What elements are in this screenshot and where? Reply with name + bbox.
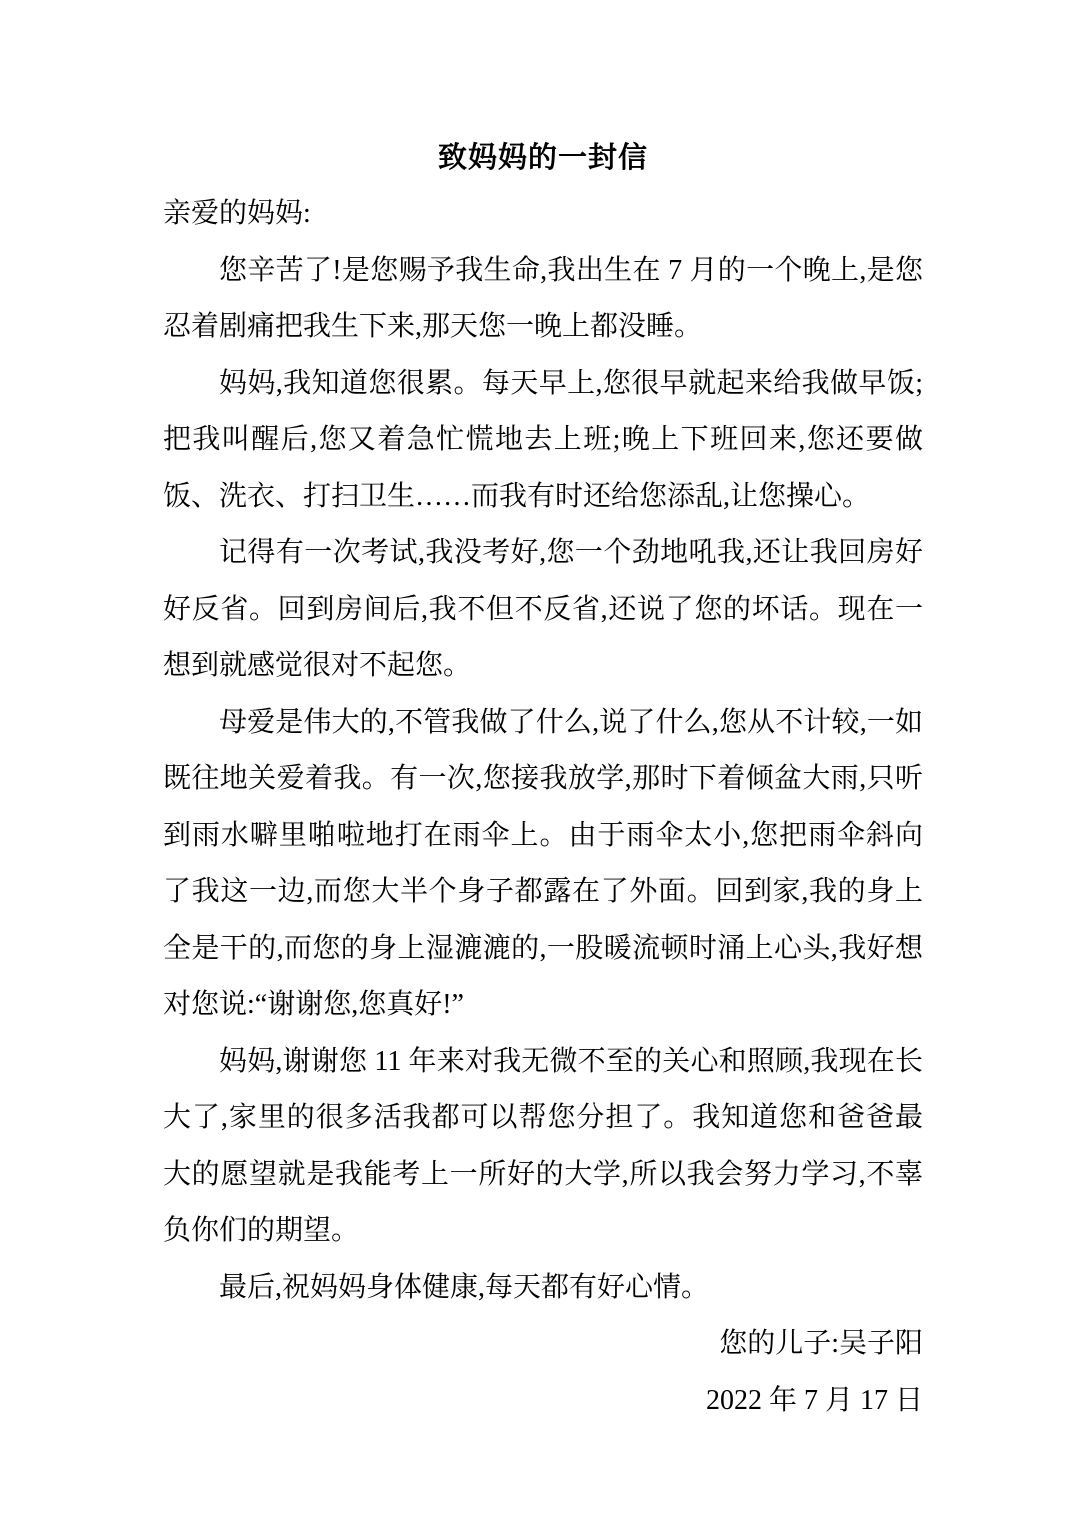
- letter-title: 致妈妈的一封信: [163, 130, 923, 186]
- letter-paragraph-1: 您辛苦了!是您赐予我生命,我出生在 7 月的一个晚上,是您忍着剧痛把我生下来,那…: [163, 243, 923, 356]
- letter-paragraph-6: 最后,祝妈妈身体健康,每天都有好心情。: [163, 1260, 923, 1317]
- letter-salutation: 亲爱的妈妈:: [163, 186, 923, 243]
- letter-signature: 您的儿子:吴子阳: [163, 1316, 923, 1373]
- letter-body: 亲爱的妈妈: 您辛苦了!是您赐予我生命,我出生在 7 月的一个晚上,是您忍着剧痛…: [163, 186, 923, 1429]
- letter-paragraph-3: 记得有一次考试,我没考好,您一个劲地吼我,还让我回房好好反省。回到房间后,我不但…: [163, 525, 923, 695]
- letter-paragraph-2: 妈妈,我知道您很累。每天早上,您很早就起来给我做早饭;把我叫醒后,您又着急忙慌地…: [163, 356, 923, 526]
- letter-page: 致妈妈的一封信 亲爱的妈妈: 您辛苦了!是您赐予我生命,我出生在 7 月的一个晚…: [0, 0, 1080, 1527]
- letter-paragraph-5: 妈妈,谢谢您 11 年来对我无微不至的关心和照顾,我现在长大了,家里的很多活我都…: [163, 1034, 923, 1260]
- letter-paragraph-4: 母爱是伟大的,不管我做了什么,说了什么,您从不计较,一如既往地关爱着我。有一次,…: [163, 695, 923, 1034]
- letter-date: 2022 年 7 月 17 日: [163, 1373, 923, 1430]
